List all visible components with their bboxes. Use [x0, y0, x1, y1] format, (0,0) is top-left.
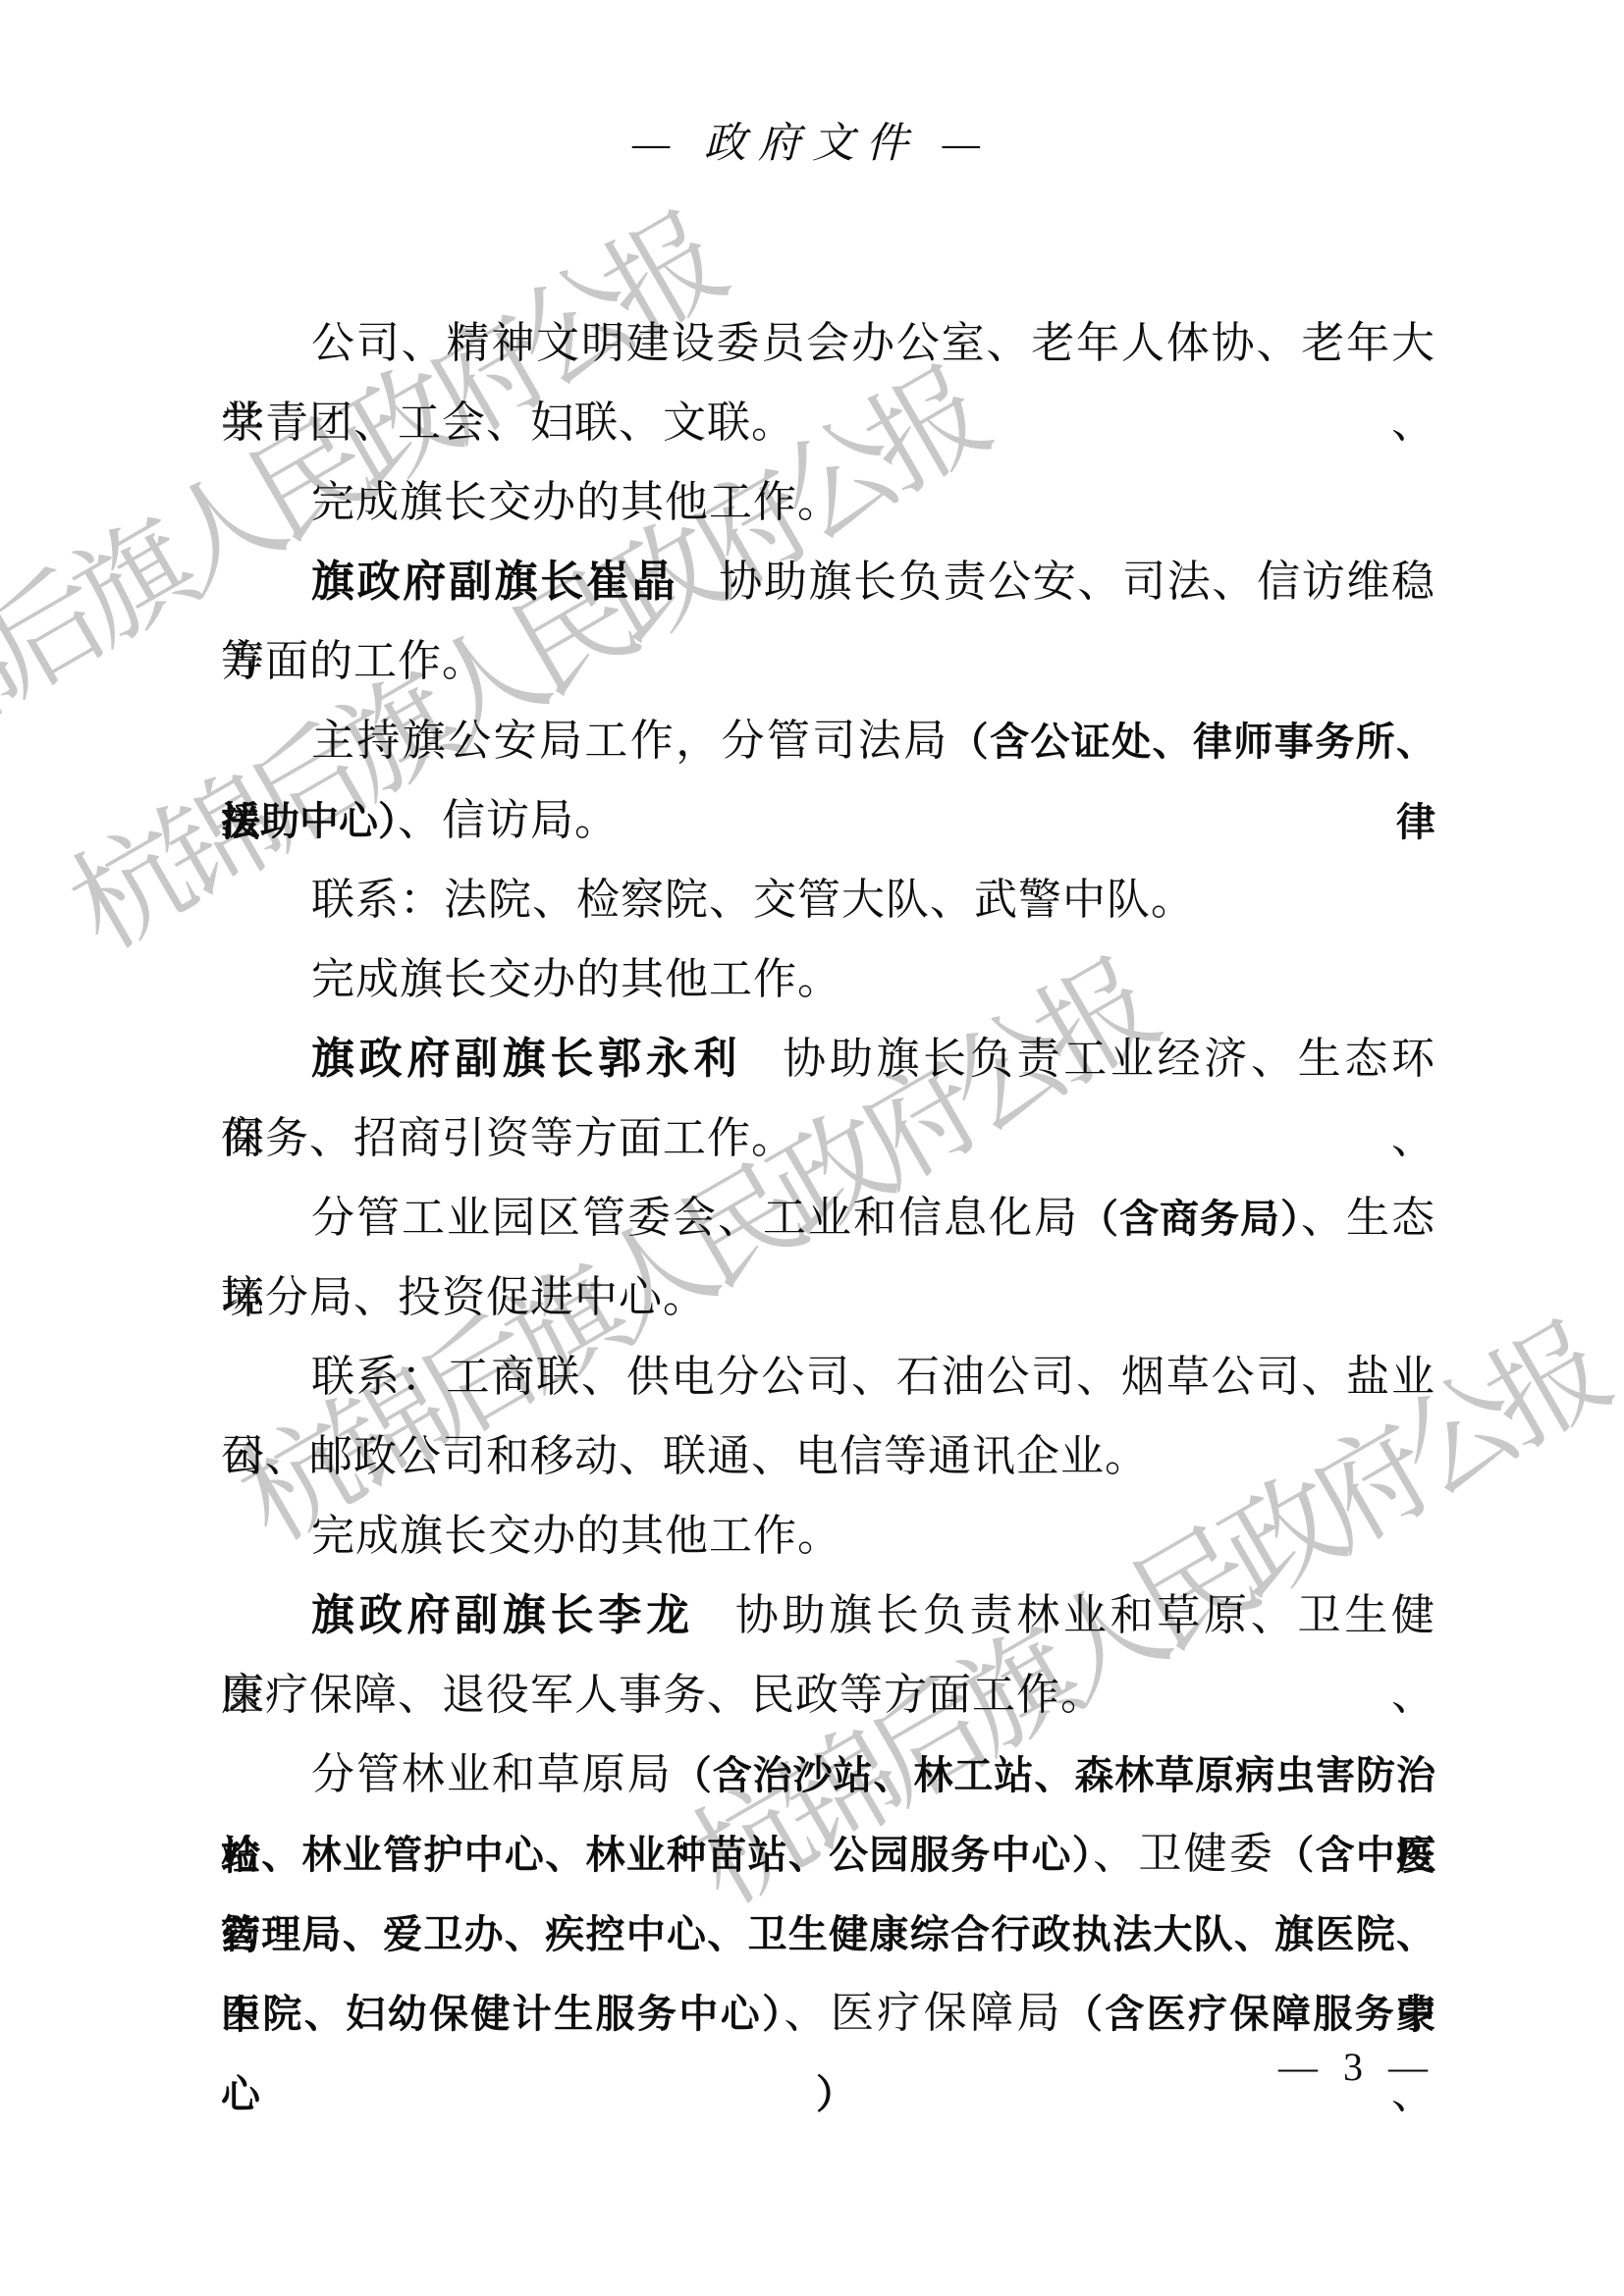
text-segment: 司、邮政公司和移动、联通、电信等通讯企业。: [221, 1432, 1149, 1480]
bold-annotation: 站、林业管护中心、林业种苗站、公园服务中心）: [221, 1833, 1093, 1877]
body-line: 完成旗长交办的其他工作。: [221, 462, 1435, 542]
text-segment: 分管工业园区管委会、工业和信息化局: [311, 1194, 1079, 1242]
text-segment: 分管林业和草原局: [311, 1750, 673, 1798]
body-line: 联系：法院、检察院、交管大队、武警中队。: [221, 860, 1435, 939]
document-body: 公司、精神文明建设委员会办公室、老年人体协、老年大学、 共青团、工会、妇联、文联…: [221, 303, 1435, 2053]
body-line: 管理局、爱卫办、疾控中心、卫生健康综合行政执法大队、旗医院、中蒙: [221, 1894, 1435, 1973]
page-header-title: — 政府文件 —: [0, 110, 1624, 170]
text-segment: 、信访局。: [398, 796, 619, 844]
body-line: 司、邮政公司和移动、联通、电信等通讯企业。: [221, 1416, 1435, 1496]
body-line: 医院、妇幼保健计生服务中心）、医疗保障局（含医疗保障服务中心）、: [221, 1973, 1435, 2053]
body-line: 完成旗长交办的其他工作。: [221, 1496, 1435, 1575]
text-segment: 、卫健委: [1093, 1830, 1274, 1878]
body-line: 方面的工作。: [221, 621, 1435, 701]
page-number: — 3 —: [1278, 2044, 1435, 2090]
official-name: 旗政府副旗长李龙: [311, 1591, 694, 1639]
bold-annotation: 医院、妇幼保健计生服务中心）: [221, 1992, 785, 2036]
bold-annotation: 援助中心）: [221, 799, 398, 843]
text-segment: 完成旗长交办的其他工作。: [311, 955, 841, 1003]
text-segment: 方面的工作。: [221, 637, 486, 685]
text-segment: 主持旗公安局工作，分管司法局: [311, 717, 949, 765]
body-line: 旗政府副旗长崔晶协助旗长负责公安、司法、信访维稳等: [221, 542, 1435, 621]
official-name: 旗政府副旗长崔晶: [311, 558, 677, 606]
body-line: 分管林业和草原局（含治沙站、林工站、森林草原病虫害防治检疫: [221, 1735, 1435, 1814]
text-segment: 共青团、工会、妇联、文联。: [221, 399, 795, 447]
body-line: 分管工业园区管委会、工业和信息化局（含商务局）、生态环: [221, 1178, 1435, 1257]
body-line: 主持旗公安局工作，分管司法局（含公证处、律师事务所、法律: [221, 701, 1435, 780]
text-segment: 医疗保障、退役军人事务、民政等方面工作。: [221, 1671, 1105, 1719]
text-segment: 商务、招商引资等方面工作。: [221, 1114, 795, 1162]
text-segment: 、医疗保障局: [785, 1989, 1063, 2037]
text-segment: 联系：法院、检察院、交管大队、武警中队。: [311, 876, 1195, 924]
body-line: 公司、精神文明建设委员会办公室、老年人体协、老年大学、: [221, 303, 1435, 383]
bold-annotation: （含商务局）: [1079, 1197, 1301, 1241]
text-segment: 完成旗长交办的其他工作。: [311, 1512, 841, 1560]
body-line: 完成旗长交办的其他工作。: [221, 939, 1435, 1019]
official-name: 旗政府副旗长郭永利: [311, 1035, 741, 1083]
document-page: 杭锦后旗人民政府公报 杭锦后旗人民政府公报 杭锦后旗人民政府公报 杭锦后旗人民政…: [0, 0, 1624, 2296]
body-line: 境分局、投资促进中心。: [221, 1257, 1435, 1337]
body-line: 旗政府副旗长郭永利协助旗长负责工业经济、生态环保、: [221, 1019, 1435, 1098]
body-line: 联系：工商联、供电分公司、石油公司、烟草公司、盐业公: [221, 1337, 1435, 1416]
body-line: 旗政府副旗长李龙协助旗长负责林业和草原、卫生健康、: [221, 1575, 1435, 1655]
body-line: 站、林业管护中心、林业种苗站、公园服务中心）、卫健委（含中医药: [221, 1814, 1435, 1894]
text-segment: 完成旗长交办的其他工作。: [311, 478, 841, 526]
text-segment: 境分局、投资促进中心。: [221, 1273, 707, 1321]
